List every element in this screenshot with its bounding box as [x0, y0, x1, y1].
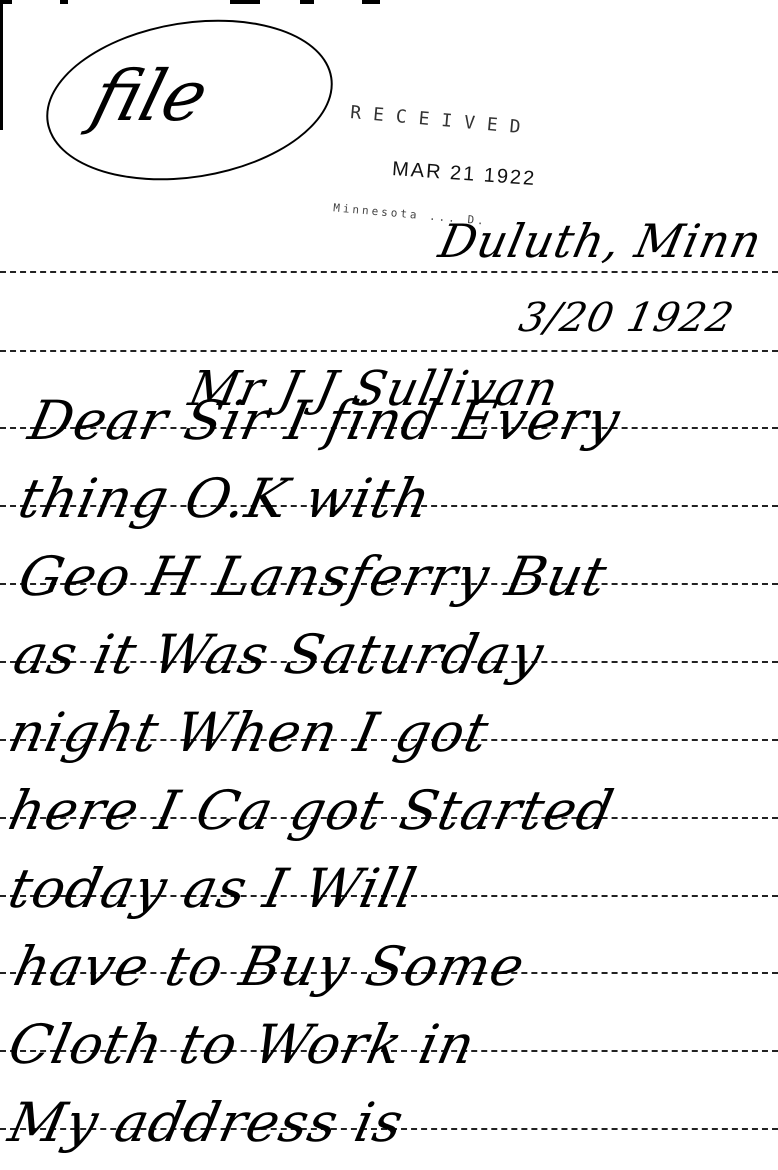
scan-edge [0, 0, 3, 130]
body-line: today as I Will [4, 862, 421, 916]
body-line: have to Buy Some [9, 940, 529, 994]
top-scan-marks [0, 0, 778, 6]
ruled-line [0, 271, 778, 273]
body-line: Geo H Lansferry But [14, 550, 611, 604]
ruled-line [0, 350, 778, 352]
body-line: as it Was Saturday [9, 628, 548, 682]
body-line: here I Ca got Started [4, 784, 618, 838]
letter-page: file RECEIVED MAR 21 1922 Minnesota ... … [0, 0, 778, 1170]
file-annotation: file [84, 55, 216, 137]
body-line: thing O.K with [14, 472, 435, 526]
body-line: night When I got [4, 706, 493, 760]
date-line: 3/20 1922 [516, 298, 738, 338]
body-line: My address is [4, 1096, 408, 1150]
place-line: Duluth, Minn [435, 218, 766, 264]
body-line: Dear Sir I find Every [24, 394, 625, 448]
received-stamp-date: MAR 21 1922 [391, 158, 537, 191]
received-stamp-label: RECEIVED [349, 102, 533, 139]
body-line: Cloth to Work in [4, 1018, 480, 1072]
